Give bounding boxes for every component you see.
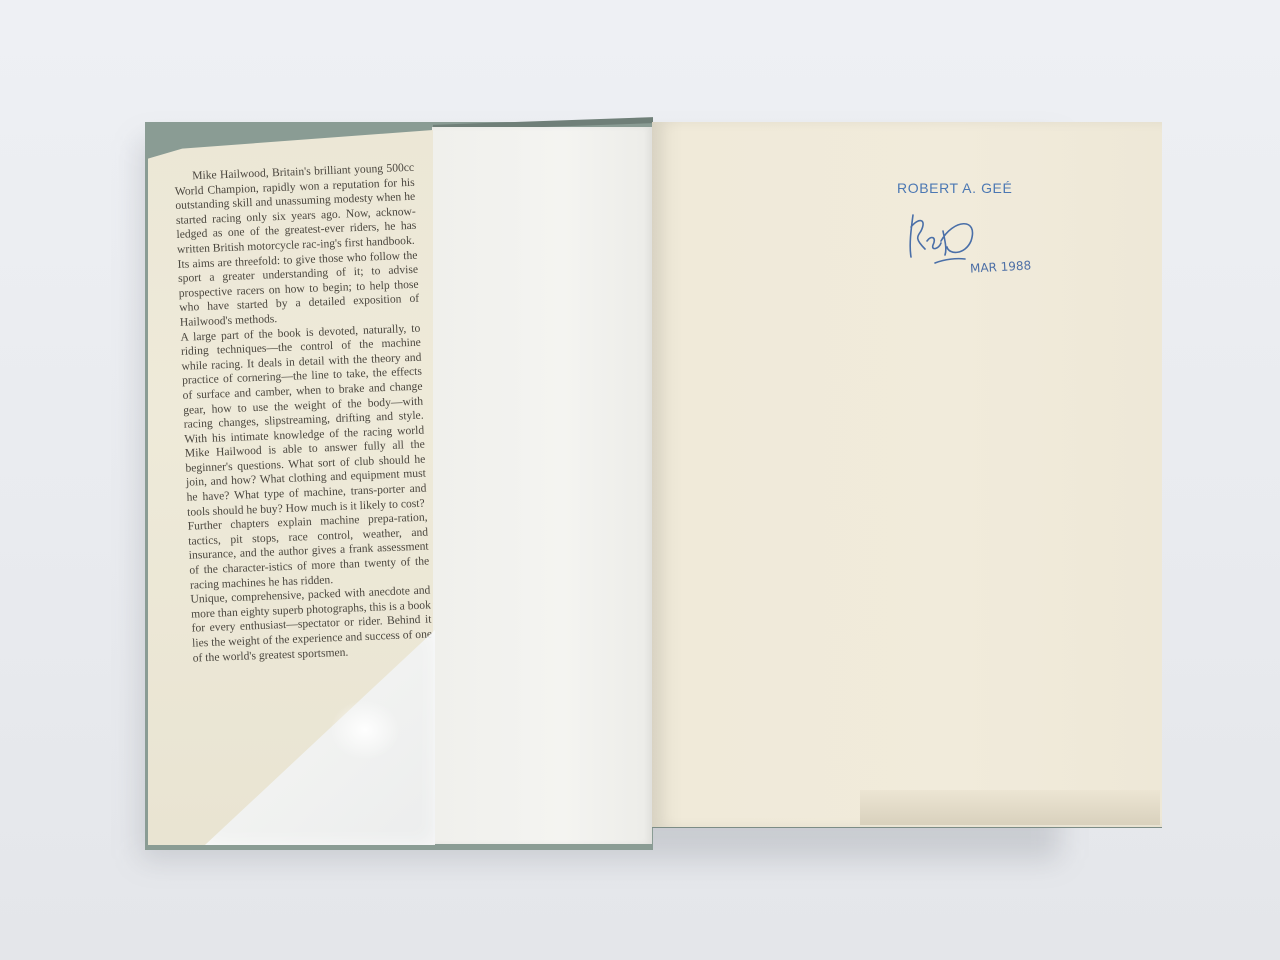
jacket-blurb: Mike Hailwood, Britain's brilliant young… bbox=[174, 161, 433, 666]
blurb-paragraph: Unique, comprehensive, packed with anecd… bbox=[190, 584, 433, 666]
free-endpaper bbox=[432, 127, 652, 844]
blurb-paragraph: Its aims are threefold: to give those wh… bbox=[177, 248, 420, 330]
ownership-stamp: ROBERT A. GEÉ bbox=[897, 180, 1012, 196]
signature-icon bbox=[905, 205, 985, 265]
blurb-paragraph: Further chapters explain machine prepa-r… bbox=[187, 511, 430, 593]
mylar-glint bbox=[330, 700, 400, 760]
blurb-paragraph: A large part of the book is devoted, nat… bbox=[180, 321, 427, 520]
blurb-paragraph: Mike Hailwood, Britain's brilliant young… bbox=[174, 161, 417, 258]
page-fold bbox=[860, 790, 1160, 825]
